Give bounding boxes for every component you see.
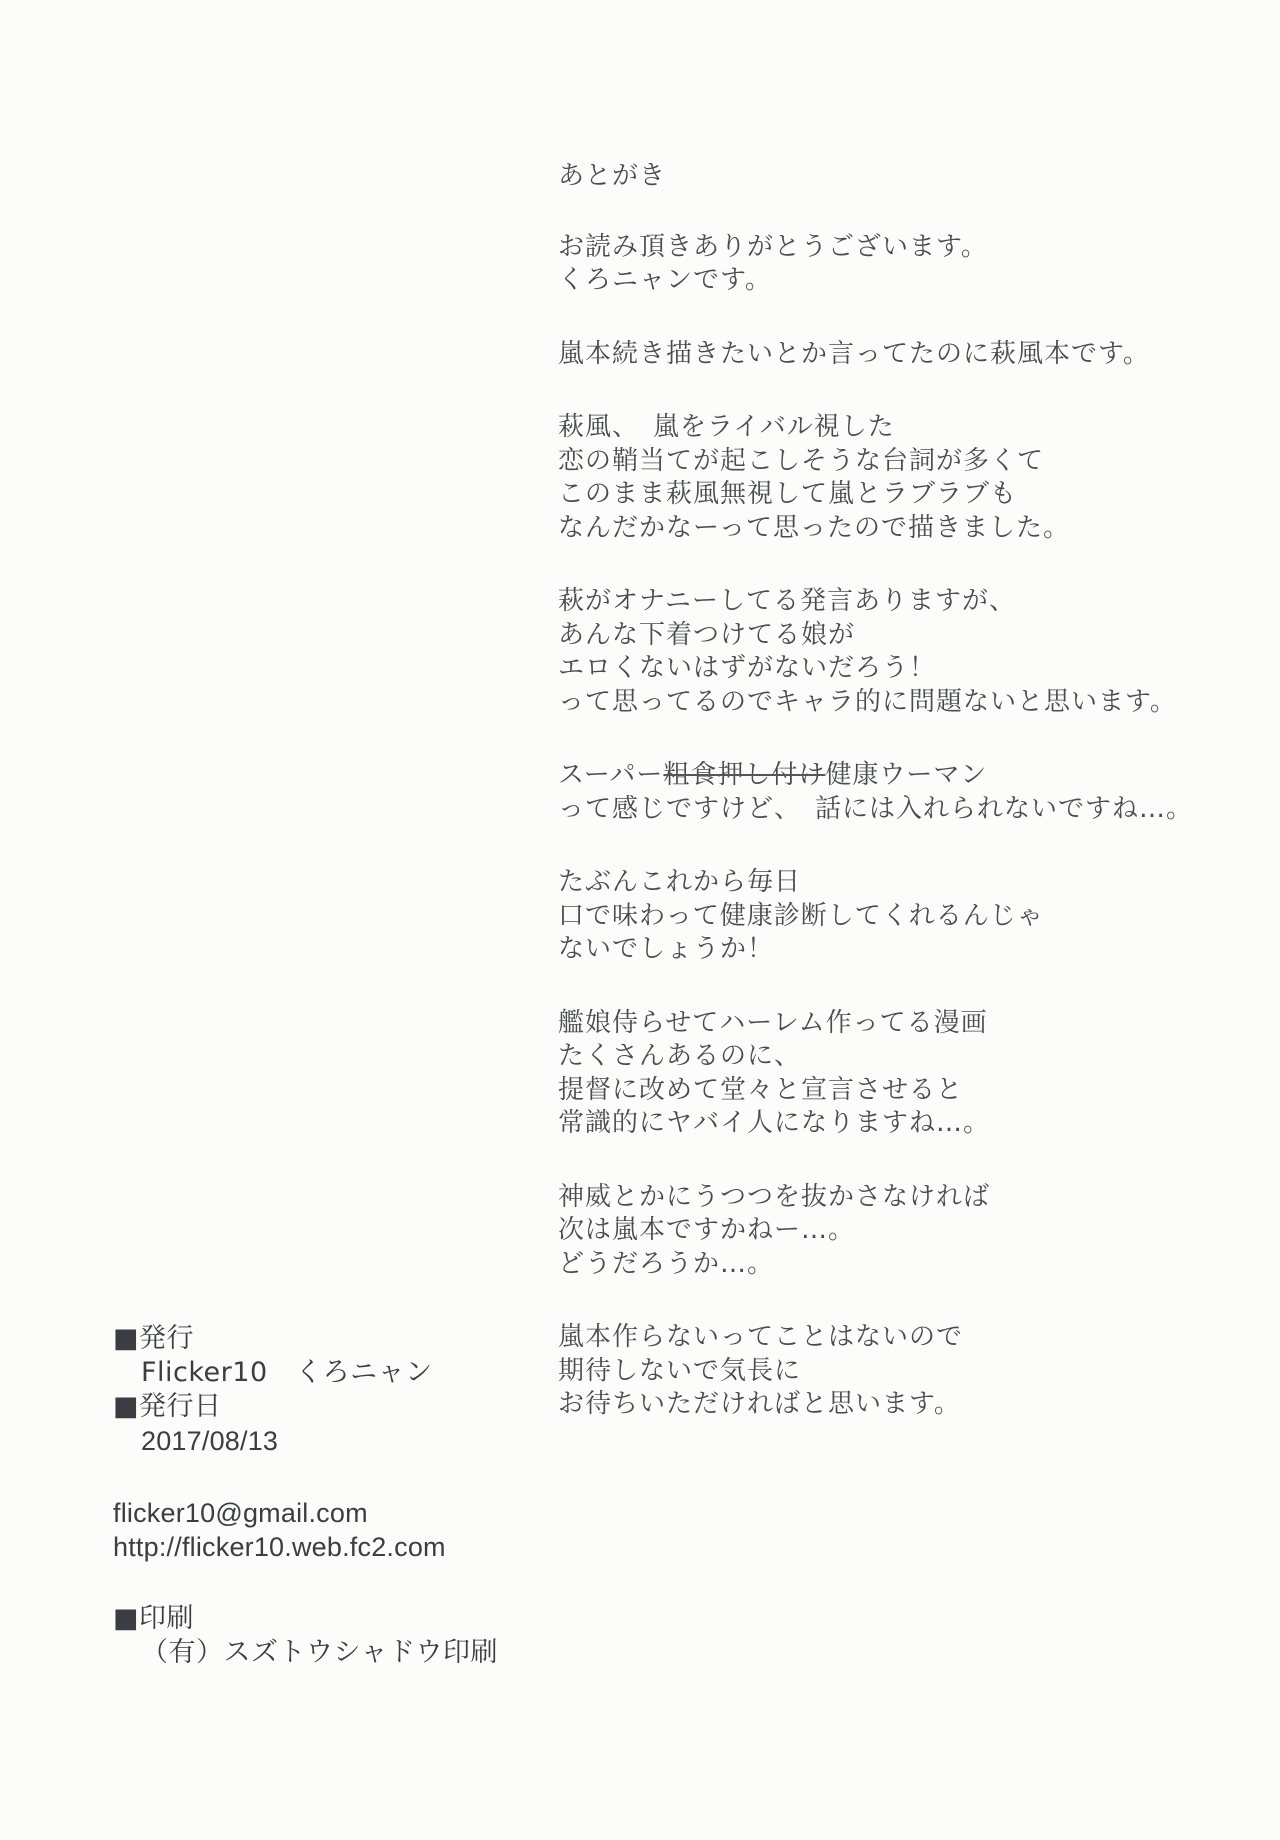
afterword-paragraph: 艦娘侍らせてハーレム作ってる漫画たくさんあるのに、提督に改めて堂々と宣言させると… [558,1007,1218,1141]
afterword-line: 次は嵐本ですかねー…。 [558,1214,1218,1248]
afterword-line: 提督に改めて堂々と宣言させると [558,1074,1218,1108]
afterword-title: あとがき [558,160,1218,194]
afterword-line: って思ってるのでキャラ的に問題ないと思います。 [558,686,1218,720]
afterword-line: 艦娘侍らせてハーレム作ってる漫画 [558,1007,1218,1041]
colophon-section: ■発行Flicker10 くろニャン■発行日2017/08/13flicker1… [113,1322,543,1708]
plain-text: スーパー [558,760,663,790]
colophon-line: （有）スズトウシャドウ印刷 [113,1636,543,1670]
colophon-line: flicker10@gmail.com [113,1496,543,1530]
scanned-afterword-page: あとがき お読み頂きありがとうございます。くろニャンです。嵐本続き描きたいとか言… [0,0,1280,1840]
afterword-line: 恋の鞘当てが起こしそうな台詞が多くて [558,445,1218,479]
colophon-group: ■発行Flicker10 くろニャン■発行日2017/08/13 [113,1322,543,1458]
struck-text: 粗食押し付け [663,760,825,790]
afterword-line: 神威とかにうつつを抜かさなければ [558,1181,1218,1215]
plain-text: 健康ウーマン [825,760,987,790]
afterword-line: どうだろうか…。 [558,1248,1218,1282]
colophon-line: Flicker10 くろニャン [113,1356,543,1390]
afterword-line: 嵐本作らないってことはないので [558,1321,1218,1355]
afterword-line: って感じですけど、 話には入れられないですね…。 [558,793,1218,827]
colophon-line: ■発行 [113,1322,543,1356]
afterword-paragraph: 嵐本続き描きたいとか言ってたのに萩風本です。 [558,338,1218,372]
afterword-line: 嵐本続き描きたいとか言ってたのに萩風本です。 [558,338,1218,372]
colophon-line: 2017/08/13 [113,1424,543,1458]
afterword-line: 期待しないで気長に [558,1355,1218,1389]
afterword-line: このまま萩風無視して嵐とラブラブも [558,478,1218,512]
afterword-paragraph: 嵐本作らないってことはないので期待しないで気長にお待ちいただければと思います。 [558,1321,1218,1422]
afterword-line: たくさんあるのに、 [558,1040,1218,1074]
afterword-line: 萩がオナニーしてる発言ありますが、 [558,585,1218,619]
afterword-paragraph: たぶんこれから毎日口で味わって健康診断してくれるんじゃないでしょうか！ [558,866,1218,967]
afterword-paragraph: お読み頂きありがとうございます。くろニャンです。 [558,231,1218,298]
afterword-line: お待ちいただければと思います。 [558,1388,1218,1422]
afterword-paragraph: 萩がオナニーしてる発言ありますが、あんな下着つけてる娘がエロくないはずがないだろ… [558,585,1218,719]
afterword-line: なんだかなーって思ったので描きました。 [558,512,1218,546]
afterword-line: スーパー粗食押し付け健康ウーマン [558,759,1218,793]
colophon-line: ■発行日 [113,1390,543,1424]
afterword-paragraphs: お読み頂きありがとうございます。くろニャンです。嵐本続き描きたいとか言ってたのに… [558,231,1218,1422]
afterword-line: エロくないはずがないだろう！ [558,652,1218,686]
afterword-line: くろニャンです。 [558,264,1218,298]
colophon-group: ■印刷（有）スズトウシャドウ印刷 [113,1602,543,1670]
afterword-line: ないでしょうか！ [558,933,1218,967]
afterword-paragraph: 神威とかにうつつを抜かさなければ次は嵐本ですかねー…。どうだろうか…。 [558,1181,1218,1282]
afterword-line: 萩風、 嵐をライバル視した [558,411,1218,445]
colophon-group: flicker10@gmail.comhttp://flicker10.web.… [113,1496,543,1564]
afterword-paragraph: スーパー粗食押し付け健康ウーマンって感じですけど、 話には入れられないですね…。 [558,759,1218,826]
afterword-line: あんな下着つけてる娘が [558,619,1218,653]
afterword-line: 常識的にヤバイ人になりますね…。 [558,1107,1218,1141]
afterword-paragraph: 萩風、 嵐をライバル視した恋の鞘当てが起こしそうな台詞が多くてこのまま萩風無視し… [558,411,1218,545]
afterword-line: 口で味わって健康診断してくれるんじゃ [558,900,1218,934]
afterword-line: お読み頂きありがとうございます。 [558,231,1218,265]
colophon-line: ■印刷 [113,1602,543,1636]
colophon-line: http://flicker10.web.fc2.com [113,1530,543,1564]
afterword-line: たぶんこれから毎日 [558,866,1218,900]
afterword-section: あとがき お読み頂きありがとうございます。くろニャンです。嵐本続き描きたいとか言… [558,160,1218,1462]
